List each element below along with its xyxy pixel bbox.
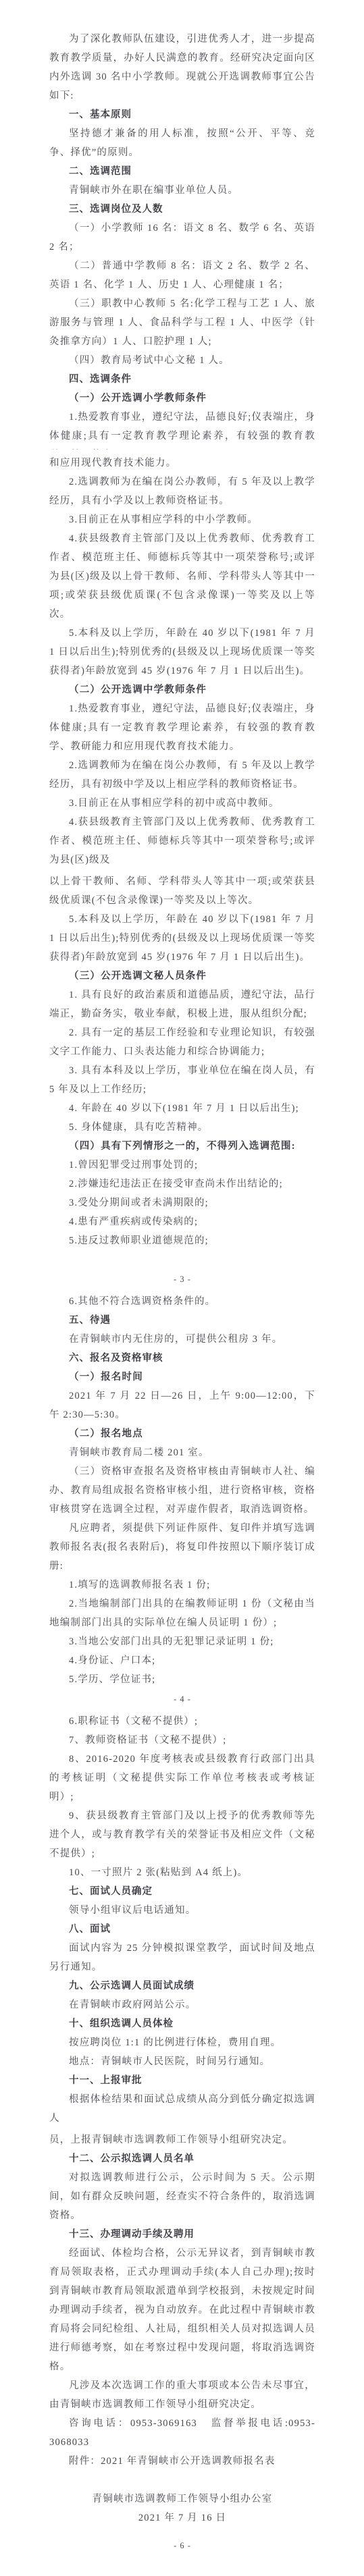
paragraph: 8、2016-2020 年度考核表或县级教育行政部门出具的考核证明（文秘提供实际… xyxy=(49,1750,315,1806)
paragraph: 青铜峡市教育局二楼 201 室。 xyxy=(49,1443,315,1462)
paragraph: 9、获县级教育主管部门及以上授予的优秀教师等先进个人，或与教育教学有关的荣誉证书… xyxy=(49,1806,315,1863)
page-3: 以上骨干教师、名师、学科带头人等其中一项;或荣获县级优质课(不包含录像课)一等奖… xyxy=(0,868,364,1288)
paragraph: 4.患有严重疾病或传染病的; xyxy=(49,1212,315,1231)
paragraph: 按应聘岗位 1:1 的比例进行体检，费用自理。 xyxy=(49,2033,315,2052)
paragraph: 2021 年 7 月 22 日—26 日，上午 9:00—12:00，下午 2:… xyxy=(49,1387,315,1424)
paragraph: 3.受处分期间或者未满期限的; xyxy=(49,1193,315,1212)
section-heading: 三、选调岗位及人数 xyxy=(49,200,315,219)
paragraph: 6.职称证书（文秘不提供）; xyxy=(49,1712,315,1731)
section-heading: 九、公示选调人员面试成绩 xyxy=(49,1977,315,1995)
page-5: 6.职称证书（文秘不提供）;7、教师资格证书（文秘不提供）;8、2016-202… xyxy=(0,1708,364,2126)
paragraph: 附件：2021 年青铜峡市公开选调教师报名表 xyxy=(49,2452,315,2471)
page-number: - 6 - xyxy=(49,2535,315,2552)
paragraph: 为了深化教师队伍建设，引进优秀人才，进一步提高教育教学质量，办好人民满意的教育。… xyxy=(49,30,315,105)
paragraph: 3. 具有本科及以上学历，事业单位在编在岗人员，有 5 年及以上工作经历; xyxy=(49,1061,315,1099)
paragraph: 1. 具有良好的政治素质和道德品质，遵纪守法，品行端正，勤奋务实，敬业奉献，积极… xyxy=(49,986,315,1023)
paragraph: 经面试、体检均合格，公示无异议者，到青铜峡市教育局领取表格，正式办理调动手续(本… xyxy=(49,2244,315,2376)
paragraph: 2.选调教师为在编在岗公办教师，有 5 年及以上教学经历，具有初级中学及以上相应… xyxy=(49,756,315,794)
paragraph: 坚持德才兼备的用人标准，按照“公开、平等、竞争、择优”的原则。 xyxy=(49,124,315,162)
paragraph: 6.其他不符合选调资格条件的。 xyxy=(49,1292,315,1311)
paragraph: 凡涉及本次选调工作的重大事项或本公告未尽事宜，由青铜峡市选调教师工作领导小组研究… xyxy=(49,2376,315,2414)
paragraph: 2.涉嫌违纪违法正在接受审查尚未作出结论的; xyxy=(49,1175,315,1193)
paragraph: 领导小组审议后电话通知。 xyxy=(49,1901,315,1920)
section-heading: 四、选调条件 xyxy=(49,370,315,389)
paragraph: 4.身份证、户口本; xyxy=(49,1651,315,1670)
paragraph-continuation: 员，上报青铜峡市选调教师工作领导小组研究决定。 xyxy=(49,2130,315,2149)
paragraph: 7、教师资格证书（文秘不提供）; xyxy=(49,1731,315,1750)
section-heading: 十三、办理调动手续及聘用 xyxy=(49,2225,315,2244)
paragraph: 1.填写的选调教师报名表 1 份; xyxy=(49,1576,315,1594)
subsection-heading: （三）公开选调文秘人员条件 xyxy=(49,967,315,986)
section-heading: 一、基本原则 xyxy=(49,105,315,124)
paragraph: 5. 身体健康，具有吃苦精神。 xyxy=(49,1118,315,1137)
section-heading: 十一、上报审批 xyxy=(49,2071,315,2090)
paragraph: （三）资格审查报名及资格审核由青铜峡市人社、编办、教育局组成报名资格审核小组，进… xyxy=(49,1462,315,1519)
paragraph: 青铜峡市外在职在编事业单位人员。 xyxy=(49,181,315,200)
page-6: 员，上报青铜峡市选调教师工作领导小组研究决定。十二、公示拟选调人员名单对拟选调教… xyxy=(0,2126,364,2576)
paragraph: 面试内容为 25 分钟模拟课堂教学，面试时间及地点另行通知。 xyxy=(49,1939,315,1977)
paragraph: 凡应聘者，须提供下列证件原件、复印件并填写选调教师报名表(报名表附后)，将复印件… xyxy=(49,1519,315,1576)
subsection-heading: （一）报名时间 xyxy=(49,1368,315,1387)
paragraph: 5.本科及以上学历，年龄在 40 岁以下(1981 年 7 月 1 日以后出生)… xyxy=(49,624,315,680)
paragraph: （二）普通中学教师 8 名：语文 2 名、数学 2 名、英语 1 名、化学 1 … xyxy=(49,257,315,294)
page-2: 和应用现代教育技术能力。2.选调教师为在编在岗公办教师，有 5 年及以上教学经历… xyxy=(0,450,364,868)
paragraph: （四）教育局考试中心文秘 1 人。 xyxy=(49,351,315,370)
paragraph: 5.本科及以上学历，年龄在 40 岁以下(1981 年 7 月 1 日以后出生)… xyxy=(49,910,315,967)
paragraph: 1.热爱教育事业，遵纪守法，品德良好;仪表端庄，身体健康;具有一定教育教学理论素… xyxy=(49,699,315,756)
page-4: 6.其他不符合选调资格条件的。五、待遇在青铜峡市内无住房的，可提供公租房 3 年… xyxy=(0,1288,364,1708)
subsection-heading: （一）公开选调小学教师条件 xyxy=(49,389,315,408)
paragraph: 根据体检结果和面试总成绩从高分到低分确定拟选调人 xyxy=(49,2090,315,2126)
subsection-heading: （四）具有下列情形之一的，不得列入选调范围: xyxy=(49,1137,315,1156)
paragraph: 3.目前正在从事相应学科的初中或高中教师。 xyxy=(49,794,315,813)
paragraph: 咨询电话：0953-3069163 监督举报电话:0953-3068033 xyxy=(49,2414,315,2452)
paragraph: 5.违反过教师职业道德规范的; xyxy=(49,1231,315,1250)
page-1: 为了深化教师队伍建设，引进优秀人才，进一步提高教育教学质量，办好人民满意的教育。… xyxy=(0,0,364,450)
section-heading: 十、组织选调人员体检 xyxy=(49,2014,315,2033)
paragraph: 1.热爱教育事业，遵纪守法，品德良好;仪表端庄，身体健康;具有一定教育教学理论素… xyxy=(49,408,315,450)
paragraph-continuation: 和应用现代教育技术能力。 xyxy=(49,454,315,473)
paragraph: 2.选调教师为在编在岗公办教师，有 5 年及以上教学经历，具有小学及以上教师资格… xyxy=(49,473,315,510)
paragraph: 4.获县级教育主管部门及以上优秀教师、优秀教育工作者、模范班主任、师德标兵等其中… xyxy=(49,529,315,624)
signature-line: 青铜峡市选调教师工作领导小组办公室 xyxy=(49,2490,315,2508)
paragraph: （三）职教中心教师 5 名:化学工程与工艺 1 人、旅游服务与管理 1 人、食品… xyxy=(49,294,315,351)
paragraph: 3.目前正在从事相应学科的中小学教师。 xyxy=(49,510,315,529)
date-line: 2021 年 7 月 16 日 xyxy=(49,2508,315,2527)
paragraph: 在青铜峡市政府网站公示。 xyxy=(49,1995,315,2014)
paragraph: 对拟选调教师进行公示，公示时间为 5 天。公示期间，如有群众反映问题，经查实不符… xyxy=(49,2168,315,2225)
paragraph: 4.获县级教育主管部门及以上优秀教师、优秀教育工作者、模范班主任、师德标兵等其中… xyxy=(49,813,315,868)
paragraph-continuation: 以上骨干教师、名师、学科带头人等其中一项;或荣获县级优质课(不包含录像课)一等奖… xyxy=(49,872,315,910)
subsection-heading: （二）公开选调中学教师条件 xyxy=(49,680,315,699)
paragraph: 2.当地编制部门出具的在编教师证明 1 份（文秘由当地编制部门出具的实际单位在编… xyxy=(49,1594,315,1632)
paragraph: 2. 具有一定的基层工作经验和专业理论知识，有较强文字工作能力、口头表达能力和综… xyxy=(49,1023,315,1061)
section-heading: 八、面试 xyxy=(49,1920,315,1939)
section-heading: 十二、公示拟选调人员名单 xyxy=(49,2149,315,2168)
paragraph: 地点：青铜峡市人民医院，时间另行通知。 xyxy=(49,2052,315,2071)
section-heading: 二、选调范围 xyxy=(49,162,315,181)
section-heading: 五、待遇 xyxy=(49,1311,315,1330)
paragraph: 1.曾因犯罪受过刑事处罚的; xyxy=(49,1156,315,1175)
page-number: - 3 - xyxy=(49,1269,315,1285)
paragraph: 3.当地公安部门出具的无犯罪记录证明 1 份; xyxy=(49,1632,315,1651)
page-number: - 4 - xyxy=(49,1689,315,1705)
paragraph: 在青铜峡市内无住房的，可提供公租房 3 年。 xyxy=(49,1330,315,1349)
document: 为了深化教师队伍建设，引进优秀人才，进一步提高教育教学质量，办好人民满意的教育。… xyxy=(0,0,364,2576)
paragraph: （一）小学教师 16 名：语文 8 名、数学 6 名、英语 2 名； xyxy=(49,219,315,257)
paragraph: 10、一寸照片 2 张(粘贴到 A4 纸上)。 xyxy=(49,1863,315,1882)
paragraph: 5.学历、学位证书; xyxy=(49,1670,315,1689)
section-heading: 六、报名及资格审核 xyxy=(49,1349,315,1368)
paragraph: 4. 年龄在 40 岁以下(1981 年 7 月 1 日以后出生); xyxy=(49,1099,315,1118)
subsection-heading: （二）报名地点 xyxy=(49,1424,315,1443)
section-heading: 七、面试人员确定 xyxy=(49,1882,315,1901)
